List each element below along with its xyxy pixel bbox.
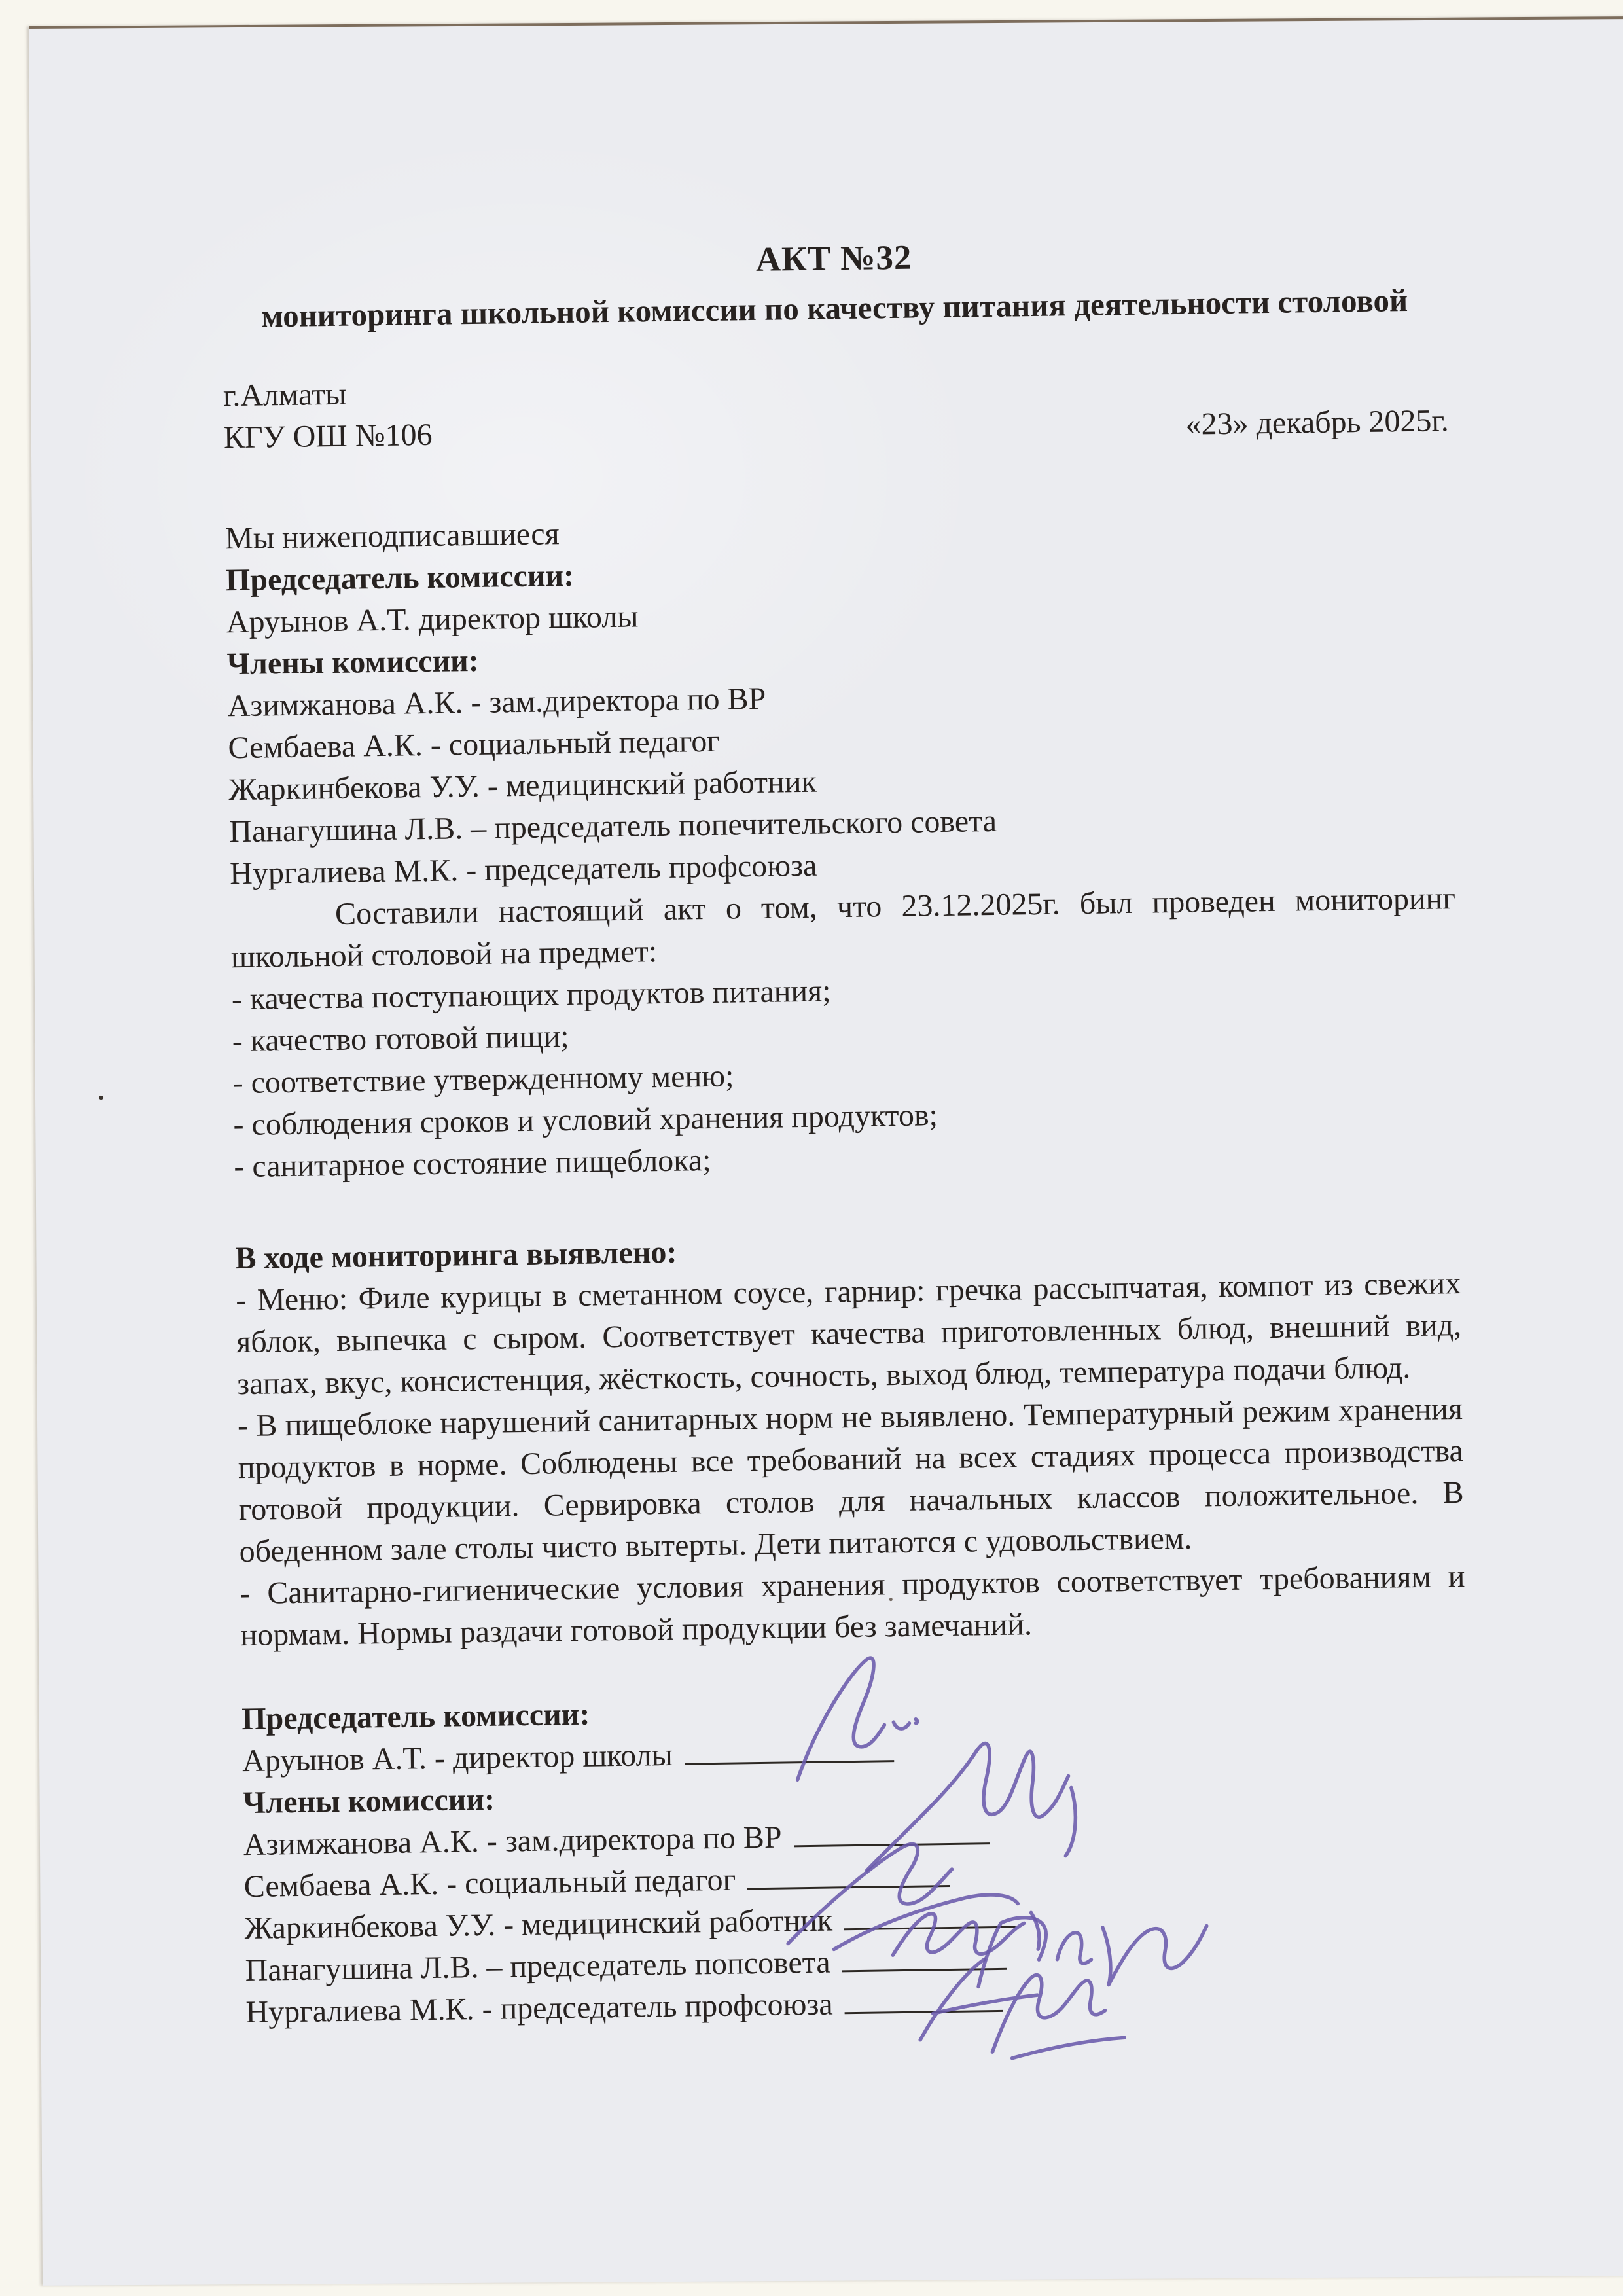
signature-line bbox=[685, 1755, 894, 1765]
organization-name: КГУ ОШ №106 bbox=[223, 414, 433, 459]
signature-line bbox=[845, 2005, 1003, 2014]
paper-sheet: АКТ №32 мониторинга школьной комиссии по… bbox=[29, 16, 1623, 2286]
signature-block: Председатель комиссии: Аруынов А.Т. - ди… bbox=[241, 1681, 1471, 2034]
signature-row-label: Панагушина Л.В. – председатель попсовета bbox=[245, 1945, 830, 1988]
scan-speck bbox=[889, 1598, 893, 1601]
scan-tilt-layer: АКТ №32 мониторинга школьной комиссии по… bbox=[22, 12, 1623, 2292]
signature-row-label: Жаркинбекова У.У. - медицинский работник bbox=[244, 1903, 832, 1946]
finding-paragraph: - В пищеблоке нарушений санитарных норм … bbox=[238, 1388, 1465, 1573]
document-subtitle: мониторинга школьной комиссии по качеств… bbox=[222, 282, 1448, 334]
signature-line bbox=[794, 1838, 990, 1847]
signature-row-label: Сембаева А.К. - социальный педагог bbox=[243, 1863, 736, 1904]
signature-line bbox=[844, 1922, 1016, 1931]
signature-row-label: Нургалиева М.К. - председатель профсоюза bbox=[245, 1987, 833, 2030]
finding-paragraph: - Меню: Филе курицы в сметанном соусе, г… bbox=[236, 1263, 1462, 1405]
document-date: «23» декабрь 2025г. bbox=[1185, 400, 1449, 446]
signature-row-label: Азимжанова А.К. - зам.директора по ВР bbox=[243, 1820, 782, 1862]
signature-row-label: Аруынов А.Т. - директор школы bbox=[242, 1738, 673, 1778]
scan-speck bbox=[98, 1095, 104, 1100]
signature-line bbox=[747, 1880, 950, 1890]
document-content: АКТ №32 мониторинга школьной комиссии по… bbox=[218, 15, 1471, 2034]
signature-line bbox=[842, 1964, 1007, 1973]
document-title: АКТ №32 bbox=[221, 231, 1447, 286]
finding-paragraph: - Санитарно-гигиенические условия хранен… bbox=[240, 1556, 1466, 1657]
scanned-document: { "colors":{ "paper":"#ebecf0", "scanner… bbox=[0, 0, 1623, 2296]
